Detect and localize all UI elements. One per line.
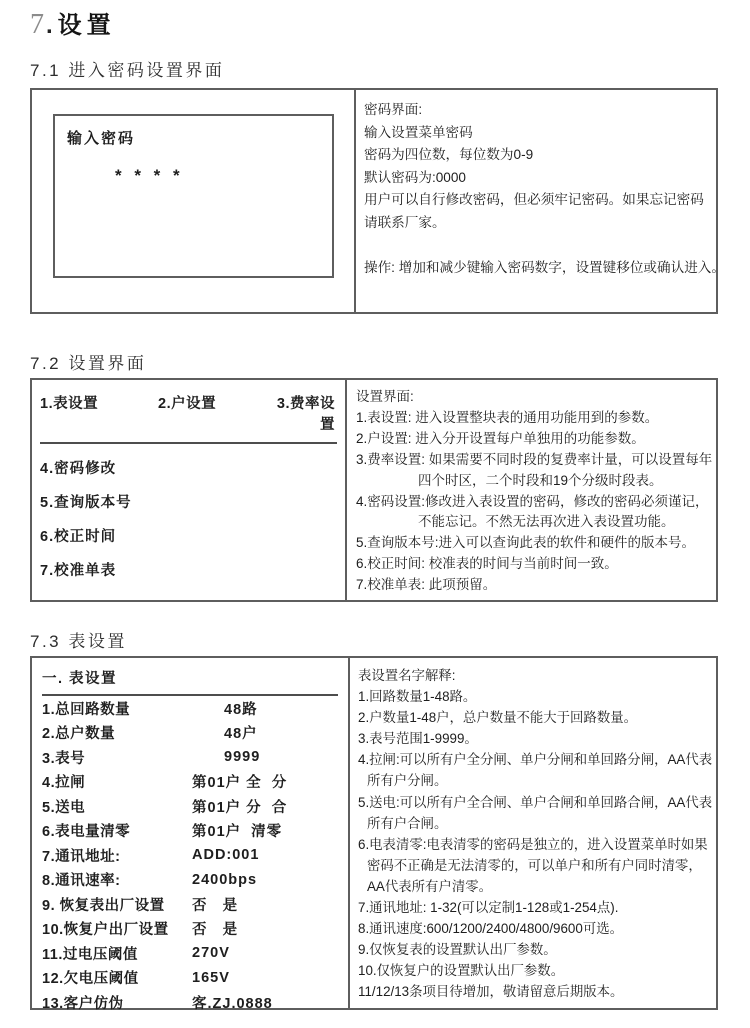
setting-row: 6.表电量清零第01户 清零: [42, 819, 338, 844]
password-screen: 输入密码 * * * *: [53, 114, 334, 278]
setting-label: 4.拉闸: [42, 771, 192, 792]
menu-top-row: 1.表设置 2.户设置 3.费率设置: [40, 392, 337, 444]
meter-settings-box: 一. 表设置 1.总回路数量48路 2.总户数量48户 3.表号9999 4.拉…: [30, 656, 718, 1010]
password-screen-label: 输入密码: [67, 127, 135, 148]
info-line: 8.通讯速度:600/1200/2400/4800/9600可选。: [358, 918, 713, 939]
info-line: 输入设置菜单密码: [364, 122, 710, 145]
section-7-3-heading: 7.3 表设置: [30, 627, 127, 652]
manual-page: 7.设置 7.1 进入密码设置界面 输入密码 * * * * 密码界面: 输入设…: [0, 0, 750, 1028]
setting-value: 270V: [192, 945, 230, 961]
setting-value: 第01户 清零: [192, 820, 282, 841]
setting-row: 2.总户数量48户: [42, 721, 338, 746]
setting-label: 12.欠电压阈值: [42, 967, 192, 988]
password-info-panel: 密码界面: 输入设置菜单密码 密码为四位数，每位数为0-9 默认密码为:0000…: [354, 90, 716, 312]
setting-value: 客.ZJ.0888: [192, 992, 273, 1013]
setting-value: ADD:001: [192, 847, 259, 863]
page-title-dot: .: [46, 12, 53, 39]
setting-row: 7.通讯地址:ADD:001: [42, 843, 338, 868]
menu-item-meter-setup: 1.表设置: [40, 392, 158, 434]
setting-label: 9. 恢复表出厂设置: [42, 894, 192, 915]
info-line: 设置界面:: [356, 387, 712, 408]
meter-settings-screen: 一. 表设置 1.总回路数量48路 2.总户数量48户 3.表号9999 4.拉…: [32, 658, 348, 1008]
info-line: 1.回路数量1-48路。: [358, 686, 713, 707]
password-stars: * * * *: [115, 166, 184, 186]
menu-item-user-setup: 2.户设置: [158, 392, 266, 434]
password-section-box: 输入密码 * * * * 密码界面: 输入设置菜单密码 密码为四位数，每位数为0…: [30, 88, 718, 314]
section-7-1-heading: 7.1 进入密码设置界面: [30, 56, 224, 81]
setting-row: 10.恢复户出厂设置否 是: [42, 917, 338, 942]
info-line: 所有户合闸。: [358, 813, 713, 834]
setting-row: 13.客户仿伪客.ZJ.0888: [42, 990, 338, 1015]
info-line: 6.电表清零:电表清零的密码是独立的，进入设置菜单时如果: [358, 834, 713, 855]
info-line: 5.查询版本号:进入可以查询此表的软件和硬件的版本号。: [356, 533, 712, 554]
info-line: 密码为四位数，每位数为0-9: [364, 144, 710, 167]
setting-value: 48户: [224, 722, 258, 743]
menu-item-single-meter-calibration: 7.校准单表: [40, 559, 337, 580]
meter-info-panel: 表设置名字解释: 1.回路数量1-48路。 2.户数量1-48户，总户数量不能大…: [348, 658, 716, 1008]
setting-row: 5.送电第01户 分 合: [42, 794, 338, 819]
menu-item-rate-setup: 3.费率设置: [266, 392, 337, 434]
info-line: 密码界面:: [364, 99, 710, 122]
settings-table-title: 一. 表设置: [42, 667, 338, 696]
info-line: 3.表号范围1-9999。: [358, 728, 713, 749]
setting-value: 165V: [192, 970, 230, 986]
setting-label: 1.总回路数量: [42, 698, 192, 719]
info-line: 表设置名字解释:: [358, 665, 713, 686]
setting-row: 3.表号9999: [42, 745, 338, 770]
setting-row: 12.欠电压阈值165V: [42, 966, 338, 991]
setting-value: 否 是: [192, 918, 238, 939]
info-line: 10.仅恢复户的设置默认出厂参数。: [358, 960, 713, 981]
info-line: 四个时区，二个时段和19个分级时段表。: [356, 471, 712, 492]
page-title-text: 设置: [58, 12, 116, 39]
info-line: 所有户分闸。: [358, 770, 713, 791]
menu-item-time-correction: 6.校正时间: [40, 525, 337, 546]
info-line: 2.户设置: 进入分开设置每户单独用的功能参数。: [356, 429, 712, 450]
info-line: 4.密码设置:修改进入表设置的密码，修改的密码必须谨记，: [356, 492, 712, 513]
menu-item-version-query: 5.查询版本号: [40, 491, 337, 512]
info-line: 9.仅恢复表的设置默认出厂参数。: [358, 939, 713, 960]
setting-label: 13.客户仿伪: [42, 992, 192, 1013]
setting-row: 11.过电压阈值270V: [42, 941, 338, 966]
setting-label: 8.通讯速率:: [42, 869, 192, 890]
info-line: 默认密码为:0000: [364, 167, 710, 190]
setting-label: 2.总户数量: [42, 722, 192, 743]
info-line: 1.表设置: 进入设置整块表的通用功能用到的参数。: [356, 408, 712, 429]
info-line: 密码不正确是无法清零的，可以单户和所有户同时清零，: [358, 855, 713, 876]
setting-value: 9999: [224, 749, 260, 765]
setting-row: 1.总回路数量48路: [42, 696, 338, 721]
operation-line: 操作: 增加和减少键输入密码数字，设置键移位或确认进入。: [364, 257, 710, 280]
setting-value: 否 是: [192, 894, 238, 915]
section-7-2-heading: 7.2 设置界面: [30, 349, 146, 374]
setting-value: 第01户 分 合: [192, 796, 287, 817]
setting-label: 6.表电量清零: [42, 820, 192, 841]
setting-value: 48路: [224, 698, 258, 719]
setting-label: 3.表号: [42, 747, 192, 768]
info-line-spacer: [364, 235, 710, 258]
info-line: 4.拉闸:可以所有户全分闸、单户分闸和单回路分闸，AA代表: [358, 749, 713, 770]
page-title-number: 7: [30, 9, 44, 40]
info-line: 11/12/13条项目待增加，敬请留意后期版本。: [358, 981, 713, 1002]
settings-menu-box: 1.表设置 2.户设置 3.费率设置 4.密码修改 5.查询版本号 6.校正时间…: [30, 378, 718, 602]
info-line: 请联系厂家。: [364, 212, 710, 235]
setting-value: 2400bps: [192, 872, 257, 888]
setting-row: 8.通讯速率:2400bps: [42, 868, 338, 893]
info-line: 不能忘记。不然无法再次进入表设置功能。: [356, 512, 712, 533]
setting-row: 4.拉闸第01户 全 分: [42, 770, 338, 795]
info-line: 5.送电:可以所有户全合闸、单户合闸和单回路合闸，AA代表: [358, 792, 713, 813]
settings-menu-screen: 1.表设置 2.户设置 3.费率设置 4.密码修改 5.查询版本号 6.校正时间…: [32, 380, 345, 600]
info-line: 用户可以自行修改密码，但必须牢记密码。如果忘记密码: [364, 189, 710, 212]
password-screen-cell: 输入密码 * * * *: [32, 90, 354, 312]
setting-label: 7.通讯地址:: [42, 845, 192, 866]
settings-info-panel: 设置界面: 1.表设置: 进入设置整块表的通用功能用到的参数。 2.户设置: 进…: [345, 380, 716, 600]
setting-value: 第01户 全 分: [192, 771, 287, 792]
info-line: 7.通讯地址: 1-32(可以定制1-128或1-254点).: [358, 897, 713, 918]
info-line: 7.校准单表: 此项预留。: [356, 575, 712, 596]
setting-label: 10.恢复户出厂设置: [42, 918, 192, 939]
setting-label: 11.过电压阈值: [42, 943, 192, 964]
page-title: 7.设置: [30, 5, 116, 41]
setting-row: 9. 恢复表出厂设置否 是: [42, 892, 338, 917]
info-line: 2.户数量1-48户，总户数量不能大于回路数量。: [358, 707, 713, 728]
menu-item-password-change: 4.密码修改: [40, 457, 337, 478]
info-line: AA代表所有户清零。: [358, 876, 713, 897]
info-line: 3.费率设置: 如果需要不同时段的复费率计量，可以设置每年: [356, 450, 712, 471]
info-line: 6.校正时间: 校准表的时间与当前时间一致。: [356, 554, 712, 575]
setting-label: 5.送电: [42, 796, 192, 817]
